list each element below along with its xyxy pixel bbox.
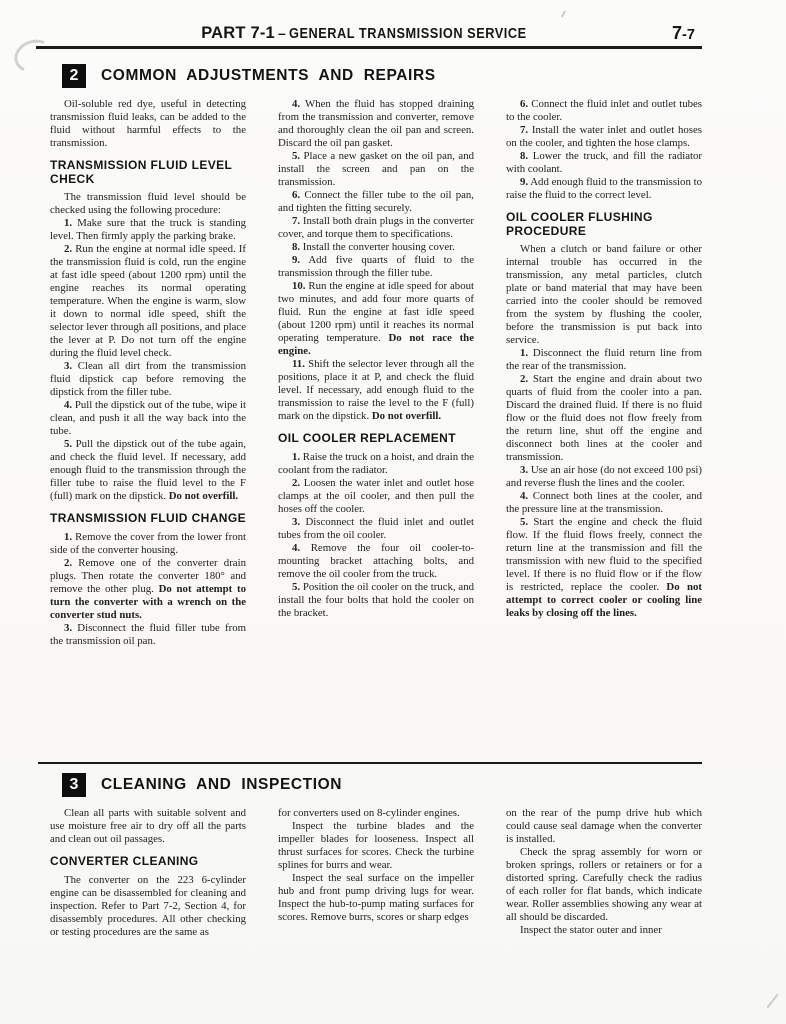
bold-text: 2. [292, 477, 300, 489]
section-title: COMMON ADJUSTMENTS AND REPAIRS [101, 67, 436, 85]
page-number: 7-7 [672, 23, 695, 44]
text-column: for converters used on 8-cylinder engine… [278, 807, 474, 939]
paragraph: 2. Start the engine and drain about two … [506, 373, 702, 464]
paragraph: 1. Disconnect the fluid return line from… [506, 347, 702, 373]
paragraph: 5. Place a new gasket on the oil pan, an… [278, 150, 474, 189]
bold-text: 7. [292, 215, 300, 227]
content: 2COMMON ADJUSTMENTS AND REPAIRSOil-solub… [50, 58, 702, 939]
paragraph: 8. Install the converter housing cover. [278, 241, 474, 254]
column-heading: TRANSMISSION FLUID LEVEL CHECK [50, 159, 246, 186]
paragraph: 1. Remove the cover from the lower front… [50, 531, 246, 557]
bold-text: 4. [64, 399, 72, 411]
paragraph: 4. Remove the four oil cooler-to-mountin… [278, 542, 474, 581]
paragraph: 2. Loosen the water inlet and outlet hos… [278, 477, 474, 516]
bold-text: 5. [292, 581, 300, 593]
bold-text: 5. [292, 150, 300, 162]
body-text: Connect the fluid inlet and outlet tubes… [506, 98, 702, 123]
bold-text: 10. [292, 280, 306, 292]
paragraph: 1. Make sure that the truck is standing … [50, 217, 246, 243]
column-heading: OIL COOLER FLUSHING PROCEDURE [506, 211, 702, 238]
bold-text: 3. [292, 516, 300, 528]
paragraph: Inspect the stator outer and inner [506, 924, 702, 937]
bold-text: 1. [520, 347, 528, 359]
paragraph: 10. Run the engine at idle speed for abo… [278, 280, 474, 358]
bold-text: 3. [64, 622, 72, 634]
bold-text: 1. [64, 217, 72, 229]
text-column: 4. When the fluid has stopped draining f… [278, 98, 474, 754]
body-text: Pull the dipstick out of the tube, wipe … [50, 399, 246, 437]
body-text: Remove the four oil cooler-to-mounting b… [278, 542, 474, 580]
section-header: 3CLEANING AND INSPECTION [62, 773, 702, 797]
paragraph: Inspect the turbine blades and the impel… [278, 820, 474, 872]
bold-text: 4. [292, 542, 300, 554]
paragraph: 5. Start the engine and check the fluid … [506, 516, 702, 620]
paragraph: 7. Install the water inlet and outlet ho… [506, 124, 702, 150]
body-text: Disconnect the fluid inlet and outlet tu… [278, 516, 474, 541]
body-text: Start the engine and drain about two qua… [506, 373, 702, 463]
paragraph: 9. Add five quarts of fluid to the trans… [278, 254, 474, 280]
header-rule [36, 46, 702, 49]
bold-text: 4. [292, 98, 300, 110]
section-3: 3CLEANING AND INSPECTIONClean all parts … [50, 773, 702, 939]
bold-text: 1. [292, 451, 300, 463]
bold-text: Do not overfill. [372, 410, 441, 422]
body-text: Connect both lines at the cooler, and th… [506, 490, 702, 515]
header-dash: – [275, 25, 289, 41]
paragraph: 5. Position the oil cooler on the truck,… [278, 581, 474, 620]
text-column: Oil-soluble red dye, useful in detecting… [50, 98, 246, 754]
body-text: Inspect the seal surface on the impeller… [278, 872, 474, 923]
body-text: The transmission fluid level should be c… [50, 191, 246, 216]
bold-text: 6. [520, 98, 528, 110]
section-columns: Oil-soluble red dye, useful in detecting… [50, 98, 702, 754]
bold-text: 5. [520, 516, 528, 528]
body-text: When a clutch or band failure or other i… [506, 243, 702, 346]
paragraph: 6. Connect the fluid inlet and outlet tu… [506, 98, 702, 124]
section-title: CLEANING AND INSPECTION [101, 776, 342, 794]
page-number-minor: -7 [682, 27, 695, 43]
body-text: Disconnect the fluid return line from th… [506, 347, 702, 372]
body-text: Raise the truck on a hoist, and drain th… [278, 451, 474, 476]
paragraph: Check the sprag assembly for worn or bro… [506, 846, 702, 924]
paragraph: 5. Pull the dipstick out of the tube aga… [50, 438, 246, 503]
body-text: The converter on the 223 6-cylinder engi… [50, 874, 246, 938]
body-text: Inspect the stator outer and inner [520, 924, 662, 936]
body-text: Clean all dirt from the transmission flu… [50, 360, 246, 398]
body-text: on the rear of the pump drive hub which … [506, 807, 702, 845]
manual-page: PART 7-1–GENERAL TRANSMISSION SERVICE 7-… [0, 0, 786, 1024]
scan-artifact-mark [561, 10, 566, 17]
paragraph: 11. Shift the selector lever through all… [278, 358, 474, 423]
text-column: 6. Connect the fluid inlet and outlet tu… [506, 98, 702, 754]
body-text: Remove the cover from the lower front si… [50, 531, 246, 556]
body-text: Loosen the water inlet and outlet hose c… [278, 477, 474, 515]
body-text: When the fluid has stopped draining from… [278, 98, 474, 149]
paragraph: 6. Connect the filler tube to the oil pa… [278, 189, 474, 215]
body-text: Clean all parts with suitable solvent an… [50, 807, 246, 845]
bold-text: 7. [520, 124, 528, 136]
paragraph: 3. Disconnect the fluid filler tube from… [50, 622, 246, 648]
body-text: Connect the filler tube to the oil pan, … [278, 189, 474, 214]
running-head: PART 7-1–GENERAL TRANSMISSION SERVICE [0, 24, 760, 43]
body-text: Place a new gasket on the oil pan, and i… [278, 150, 474, 188]
service-title: GENERAL TRANSMISSION SERVICE [289, 26, 527, 42]
paragraph: 3. Disconnect the fluid inlet and outlet… [278, 516, 474, 542]
bold-text: 6. [292, 189, 300, 201]
section-columns: Clean all parts with suitable solvent an… [50, 807, 702, 939]
section-number-badge: 2 [62, 64, 86, 88]
body-text: Disconnect the fluid filler tube from th… [50, 622, 246, 647]
page-number-major: 7 [672, 23, 682, 43]
body-text: Add five quarts of fluid to the transmis… [278, 254, 474, 279]
scan-artifact-mark [766, 994, 778, 1009]
body-text: Add enough fluid to the transmission to … [506, 176, 702, 201]
body-text: Use an air hose (do not exceed 100 psi) … [506, 464, 702, 489]
text-column: on the rear of the pump drive hub which … [506, 807, 702, 939]
bold-text: 8. [520, 150, 528, 162]
body-text: Install the converter housing cover. [300, 241, 455, 253]
paragraph: 9. Add enough fluid to the transmission … [506, 176, 702, 202]
paragraph: 1. Raise the truck on a hoist, and drain… [278, 451, 474, 477]
body-text: Check the sprag assembly for worn or bro… [506, 846, 702, 923]
bold-text: 3. [520, 464, 528, 476]
paragraph: 2. Run the engine at normal idle speed. … [50, 243, 246, 360]
text-column: Clean all parts with suitable solvent an… [50, 807, 246, 939]
paragraph: 8. Lower the truck, and fill the radiato… [506, 150, 702, 176]
paragraph: 3. Clean all dirt from the transmission … [50, 360, 246, 399]
paragraph: 4. When the fluid has stopped draining f… [278, 98, 474, 150]
paragraph: The converter on the 223 6-cylinder engi… [50, 874, 246, 939]
bold-text: 2. [64, 557, 72, 569]
bold-text: 2. [520, 373, 528, 385]
body-text: Make sure that the truck is standing lev… [50, 217, 246, 242]
bold-text: 11. [292, 358, 305, 370]
bold-text: 2. [64, 243, 72, 255]
paragraph: on the rear of the pump drive hub which … [506, 807, 702, 846]
paragraph: 3. Use an air hose (do not exceed 100 ps… [506, 464, 702, 490]
paragraph: When a clutch or band failure or other i… [506, 243, 702, 347]
bold-text: 3. [64, 360, 72, 372]
body-text: Position the oil cooler on the truck, an… [278, 581, 474, 619]
paragraph: for converters used on 8-cylinder engine… [278, 807, 474, 820]
column-heading: TRANSMISSION FLUID CHANGE [50, 512, 246, 526]
bold-text: Do not overfill. [169, 490, 238, 502]
bold-text: 9. [520, 176, 528, 188]
bold-text: 1. [64, 531, 72, 543]
body-text: for converters used on 8-cylinder engine… [278, 807, 460, 819]
body-text: Install the water inlet and outlet hoses… [506, 124, 702, 149]
paragraph: Inspect the seal surface on the impeller… [278, 872, 474, 924]
body-text: Run the engine at normal idle speed. If … [50, 243, 246, 359]
body-text: Inspect the turbine blades and the impel… [278, 820, 474, 871]
section-number-badge: 3 [62, 773, 86, 797]
paragraph: 4. Pull the dipstick out of the tube, wi… [50, 399, 246, 438]
part-label: PART 7-1 [201, 24, 275, 42]
paragraph: 4. Connect both lines at the cooler, and… [506, 490, 702, 516]
section-divider [38, 762, 702, 764]
body-text: Oil-soluble red dye, useful in detecting… [50, 98, 246, 149]
section-header: 2COMMON ADJUSTMENTS AND REPAIRS [62, 64, 702, 88]
section-2: 2COMMON ADJUSTMENTS AND REPAIRSOil-solub… [50, 64, 702, 754]
paragraph: The transmission fluid level should be c… [50, 191, 246, 217]
bold-text: 9. [292, 254, 300, 266]
paragraph: Clean all parts with suitable solvent an… [50, 807, 246, 846]
paragraph: Oil-soluble red dye, useful in detecting… [50, 98, 246, 150]
body-text: Install both drain plugs in the converte… [278, 215, 474, 240]
column-heading: OIL COOLER REPLACEMENT [278, 432, 474, 446]
bold-text: 4. [520, 490, 528, 502]
bold-text: 8. [292, 241, 300, 253]
paragraph: 2. Remove one of the converter drain plu… [50, 557, 246, 622]
body-text: Lower the truck, and fill the radiator w… [506, 150, 702, 175]
paragraph: 7. Install both drain plugs in the conve… [278, 215, 474, 241]
column-heading: CONVERTER CLEANING [50, 855, 246, 869]
bold-text: 5. [64, 438, 72, 450]
